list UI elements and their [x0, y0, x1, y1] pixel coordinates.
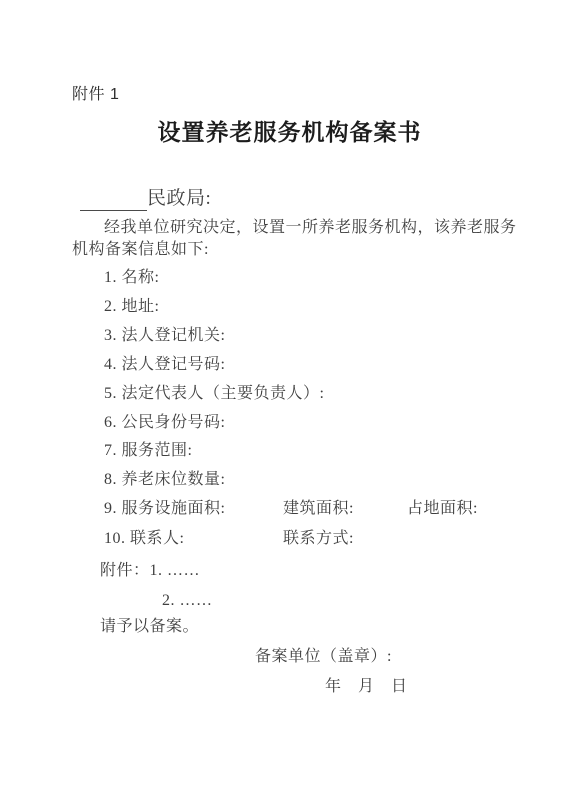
intro-paragraph-line1: 经我单位研究决定，设置一所养老服务机构，该养老服务: [104, 218, 517, 237]
field-bed-count: 8. 养老床位数量:: [104, 470, 225, 489]
recipient-blank-underline: [80, 192, 147, 211]
field-contact-person: 10. 联系人:: [104, 529, 184, 548]
signature-unit-seal-line: 备案单位（盖章）:: [255, 647, 392, 666]
document-title: 设置养老服务机构备案书: [0, 119, 565, 147]
recipient-line: 民政局:: [80, 188, 211, 211]
attachments-list-line1: 附件：1. ……: [100, 561, 200, 580]
field-registration-number: 4. 法人登记号码:: [104, 355, 225, 374]
recipient-suffix: 民政局:: [147, 188, 211, 209]
field-name: 1. 名称:: [104, 268, 159, 287]
field-contact-method: 联系方式:: [283, 529, 354, 548]
field-address: 2. 地址:: [104, 297, 159, 316]
field-facility-area: 9. 服务设施面积:: [104, 499, 225, 518]
attachment-number-label: 附件 1: [72, 85, 119, 104]
signature-date-line: 年 月 日: [325, 677, 408, 696]
field-registration-authority: 3. 法人登记机关:: [104, 326, 225, 345]
field-citizen-id-number: 6. 公民身份号码:: [104, 413, 225, 432]
document-page: 附件 1 设置养老服务机构备案书 民政局: 经我单位研究决定，设置一所养老服务机…: [0, 0, 565, 800]
field-service-scope: 7. 服务范围:: [104, 441, 192, 460]
intro-paragraph-line2: 机构备案信息如下:: [72, 240, 209, 259]
field-legal-representative: 5. 法定代表人（主要负责人）:: [104, 384, 324, 403]
field-land-area: 占地面积:: [407, 499, 478, 518]
attachments-list-line2: 2. ……: [162, 591, 213, 610]
field-building-area: 建筑面积:: [283, 499, 354, 518]
closing-request-line: 请予以备案。: [100, 617, 199, 636]
